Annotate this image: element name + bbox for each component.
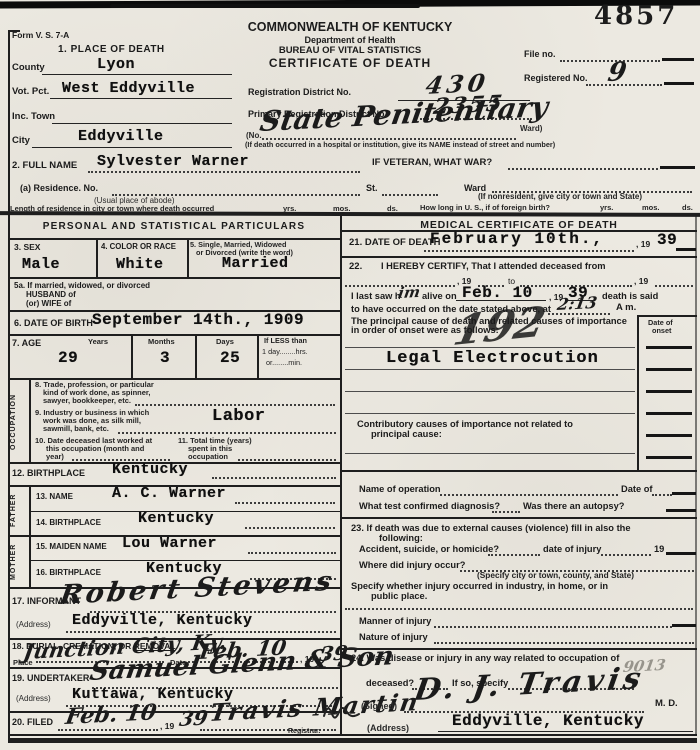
right-border — [695, 213, 697, 735]
specify-blank — [345, 608, 693, 610]
precinct-blank — [50, 98, 232, 99]
age-years-label: Years — [88, 338, 108, 347]
accident-label: Accident, suicide, or homicide? — [359, 544, 499, 555]
certify-text: I HEREBY CERTIFY, That I attended deceas… — [381, 261, 606, 272]
full-name-label: 2. FULL NAME — [12, 161, 77, 172]
last-seen-date-value: Feb. 10 — [462, 285, 533, 301]
race-label: 4. COLOR OR RACE — [101, 243, 176, 252]
less-than-label: If LESS than — [264, 337, 307, 345]
him-handwritten: im — [397, 285, 421, 301]
st-label: St. — [366, 183, 378, 193]
cause-rule — [345, 391, 635, 392]
less-than-label-3: or........min. — [266, 359, 302, 367]
injury-date-label: date of injury — [543, 544, 601, 555]
cell-divider — [131, 334, 133, 378]
onset-header-2: onset — [652, 327, 671, 335]
am-label: A m. — [616, 303, 636, 314]
form-code: Form V. S. 7-A — [12, 31, 69, 41]
race-value: White — [116, 257, 164, 272]
operation-label: Name of operation — [359, 484, 441, 495]
inc-town-label: Inc. Town — [12, 112, 55, 123]
registered-no-value: 9 — [606, 59, 628, 86]
foreign-mos-label: mos. — [642, 204, 660, 213]
length-ds-label: ds. — [387, 205, 398, 214]
foreign-birth-label: How long in U. S., if of foreign birth? — [420, 204, 550, 213]
onset-row-dash — [646, 412, 692, 415]
manner-injury-blank — [434, 626, 672, 628]
q8-label-3: sawyer, bookkeeper, etc. — [43, 397, 131, 406]
signed-label: (Signed) — [361, 701, 397, 711]
rule — [8, 238, 340, 240]
bottom-border-thick — [8, 738, 697, 743]
inc-town-blank — [52, 123, 232, 124]
dod-enddash — [676, 248, 696, 251]
length-mos-label: mos. — [333, 205, 351, 214]
file-no-enddash — [662, 58, 694, 61]
filed-year-value: 39 — [178, 708, 209, 729]
date-of-death-value: February 10th., — [430, 231, 604, 247]
father-birthplace-label: 14. BIRTHPLACE — [36, 518, 101, 527]
bureau-line: BUREAU OF VITAL STATISTICS — [225, 45, 475, 56]
q8-blank — [135, 404, 335, 406]
county-label: County — [12, 63, 45, 74]
institution-value: State Penitentiary — [258, 93, 550, 136]
institution-note: (If death occurred in a hospital or inst… — [245, 141, 555, 149]
industry-value: Labor — [212, 408, 266, 425]
operation-date-blank — [652, 494, 672, 496]
informant-address-value: Eddyville, Kentucky — [72, 613, 253, 628]
injury-enddash — [666, 552, 696, 555]
birthplace-value: Kentucky — [112, 462, 188, 477]
cause-scribble: 192 — [450, 301, 549, 352]
st-blank — [382, 194, 438, 196]
rule — [8, 277, 340, 279]
last-saw-text: I last saw h — [351, 291, 401, 302]
registration-district-label: Registration District No. — [248, 87, 351, 97]
place-of-death-title: 1. PLACE OF DEATH — [58, 44, 165, 56]
age-days-value: 25 — [220, 350, 240, 366]
certify-19b: , 19 — [634, 277, 648, 287]
mother-name-blank — [248, 552, 336, 554]
test-label: What test confirmed diagnosis? — [359, 501, 500, 512]
alive-on-text: alive on — [422, 291, 457, 302]
cell-divider — [29, 485, 31, 535]
county-value: Lyon — [97, 57, 135, 72]
birthplace-blank — [212, 477, 336, 479]
registered-no-label: Registered No. — [524, 73, 588, 83]
father-name-blank — [235, 502, 335, 504]
operation-blank — [440, 494, 618, 496]
death-certificate-scan: 4857 Form V. S. 7-A COMMONWEALTH OF KENT… — [0, 0, 700, 750]
rule — [341, 648, 697, 650]
death-time-value: 2:13 — [556, 295, 598, 313]
mother-birthplace-label: 16. BIRTHPLACE — [36, 568, 101, 577]
onset-row-dash — [646, 390, 692, 393]
length-yrs-label: yrs. — [283, 205, 296, 214]
autopsy-label: Was there an autopsy? — [523, 501, 624, 512]
precinct-label: Vot. Pct. — [12, 87, 49, 98]
certificate-title: CERTIFICATE OF DEATH — [225, 56, 475, 70]
filed-date-blank — [58, 729, 158, 731]
operation-date-label: Date of — [621, 484, 653, 495]
cell-divider — [29, 378, 31, 462]
mother-name-value: Lou Warner — [122, 536, 217, 551]
onset-box-left — [637, 315, 639, 470]
undertaker-address-label: (Address) — [16, 694, 51, 703]
physician-address-label: (Address) — [367, 723, 409, 733]
scan-smear-2 — [110, 4, 420, 8]
cause-rule — [345, 453, 635, 454]
department-line: Department of Health — [225, 35, 475, 45]
q11-label-3: occupation — [188, 453, 228, 462]
onset-box-top — [637, 315, 697, 317]
age-label: 7. AGE — [12, 338, 41, 348]
birthplace-label: 12. BIRTHPLACE — [12, 468, 85, 478]
age-years-value: 29 — [58, 350, 78, 366]
autopsy-enddash — [666, 509, 696, 512]
q5a-label: 5a. If married, widowed, or divorced — [14, 281, 150, 290]
veteran-enddash — [660, 166, 695, 169]
q10-label-3: year) — [46, 453, 64, 462]
sex-value: Male — [22, 257, 60, 272]
injury-date-blank — [601, 554, 651, 556]
length-residence-label: Length of residence in city or town wher… — [10, 205, 214, 214]
dob-value: September 14th., 1909 — [92, 312, 304, 328]
specify-injury-text-2: public place. — [371, 591, 427, 602]
deceased-label: deceased? — [366, 678, 414, 689]
operation-enddash — [672, 492, 696, 495]
q9-blank — [118, 432, 336, 434]
contributory-text-2: principal cause: — [371, 429, 442, 440]
cell-divider — [257, 334, 259, 378]
age-months-label: Months — [148, 338, 175, 347]
death-time-blank — [548, 313, 610, 315]
filed-date-value: Feb. 10 — [64, 701, 158, 728]
residence-label: (a) Residence. No. — [20, 183, 98, 193]
registrar-label: Registrar. — [288, 728, 320, 736]
date-of-death-blank — [424, 250, 634, 252]
q11-blank — [238, 459, 336, 461]
cause-of-death-value: Legal Electrocution — [386, 350, 599, 367]
q9-label-3: sawmill, bank, etc. — [43, 425, 109, 434]
city-value: Eddyville — [78, 129, 164, 144]
full-name-value: Sylvester Warner — [97, 154, 249, 169]
cell-divider — [96, 238, 98, 277]
bottom-border-thin — [8, 734, 697, 736]
foreign-yrs-label: yrs. — [600, 204, 613, 213]
test-blank — [492, 511, 520, 513]
father-birthplace-value: Kentucky — [138, 511, 214, 526]
precinct-value: West Eddyville — [62, 81, 195, 96]
foreign-ds-label: ds. — [682, 204, 693, 213]
undertaker-label: 19. UNDERTAKER — [12, 673, 89, 683]
age-months-value: 3 — [160, 350, 170, 366]
md-label: M. D. — [655, 699, 678, 710]
accident-blank — [488, 554, 540, 556]
father-vertical-label: FATHER — [10, 488, 26, 532]
nature-injury-label: Nature of injury — [359, 632, 428, 643]
q5a-wife-label: (or) WIFE of — [26, 299, 71, 308]
commonwealth-title: COMMONWEALTH OF KENTUCKY — [225, 20, 475, 34]
cell-divider — [187, 238, 189, 277]
cause-rule — [345, 413, 635, 414]
personal-section-title: PERSONAL AND STATISTICAL PARTICULARS — [8, 221, 340, 232]
q5a-husband-label: HUSBAND of — [26, 290, 76, 299]
nature-injury-blank — [434, 642, 694, 644]
cell-divider — [195, 334, 197, 378]
ink-flourish — [322, 696, 362, 724]
date-of-death-label: 21. DATE OF DEATH — [349, 238, 441, 249]
informant-address-label: (Address) — [16, 620, 51, 629]
onset-row-dash — [646, 346, 692, 349]
registered-no-enddash — [664, 82, 694, 85]
county-blank — [42, 74, 232, 75]
occupation-vertical-label: OCCUPATION — [10, 384, 26, 460]
injury-19-label: 19 — [654, 544, 664, 555]
manner-enddash — [672, 624, 696, 627]
onset-row-dash — [646, 456, 692, 459]
filed-year-19: , 19 — [160, 722, 174, 732]
rule — [341, 256, 697, 258]
q24-text: 24. Was disease or injury in any way rel… — [351, 653, 619, 664]
institution-ward-paren: Ward) — [520, 124, 542, 133]
marital-value: Married — [222, 256, 289, 271]
dod-year-19: , 19 — [636, 240, 650, 250]
sex-label: 3. SEX — [14, 243, 40, 253]
mother-vertical-label: MOTHER — [10, 538, 26, 585]
nonresident-note: (If nonresident, give city or town and S… — [478, 192, 642, 201]
full-name-blank — [88, 171, 360, 173]
file-no-label: File no. — [524, 49, 556, 59]
death-said-text: death is said — [602, 291, 658, 302]
specify-city-note: (Specify city or town, county, and State… — [477, 571, 634, 581]
q22-number: 22. — [349, 262, 362, 273]
city-label: City — [12, 136, 30, 147]
father-name-label: 13. NAME — [36, 492, 73, 501]
age-days-label: Days — [216, 338, 234, 347]
physician-address-value: Eddyville, Kentucky — [452, 713, 644, 729]
father-birthplace-blank — [245, 527, 335, 529]
dod-year-value: 39 — [657, 232, 677, 248]
city-blank — [32, 147, 232, 148]
veteran-blank — [508, 168, 658, 170]
cause-rule — [345, 369, 635, 370]
serial-number: 4857 — [594, 1, 678, 31]
onset-row-dash — [646, 368, 692, 371]
veteran-label: IF VETERAN, WHAT WAR? — [372, 158, 492, 169]
certify-19b-blank — [655, 285, 693, 287]
physician-signature: D. J. Travis — [412, 664, 647, 706]
filed-label: 20. FILED — [12, 717, 53, 727]
father-name-value: A. C. Warner — [112, 486, 226, 501]
physician-address-underline — [438, 731, 693, 732]
mother-name-label: 15. MAIDEN NAME — [36, 542, 107, 551]
manner-injury-label: Manner of injury — [359, 616, 431, 627]
q23-text-2: following: — [379, 533, 423, 544]
rule — [341, 517, 697, 519]
rule — [341, 470, 697, 472]
less-than-label-2: 1 day........hrs. — [262, 348, 308, 356]
dob-label: 6. DATE OF BIRTH — [14, 318, 93, 328]
where-injury-label: Where did injury occur? — [359, 560, 465, 571]
onset-row-dash — [646, 434, 692, 437]
